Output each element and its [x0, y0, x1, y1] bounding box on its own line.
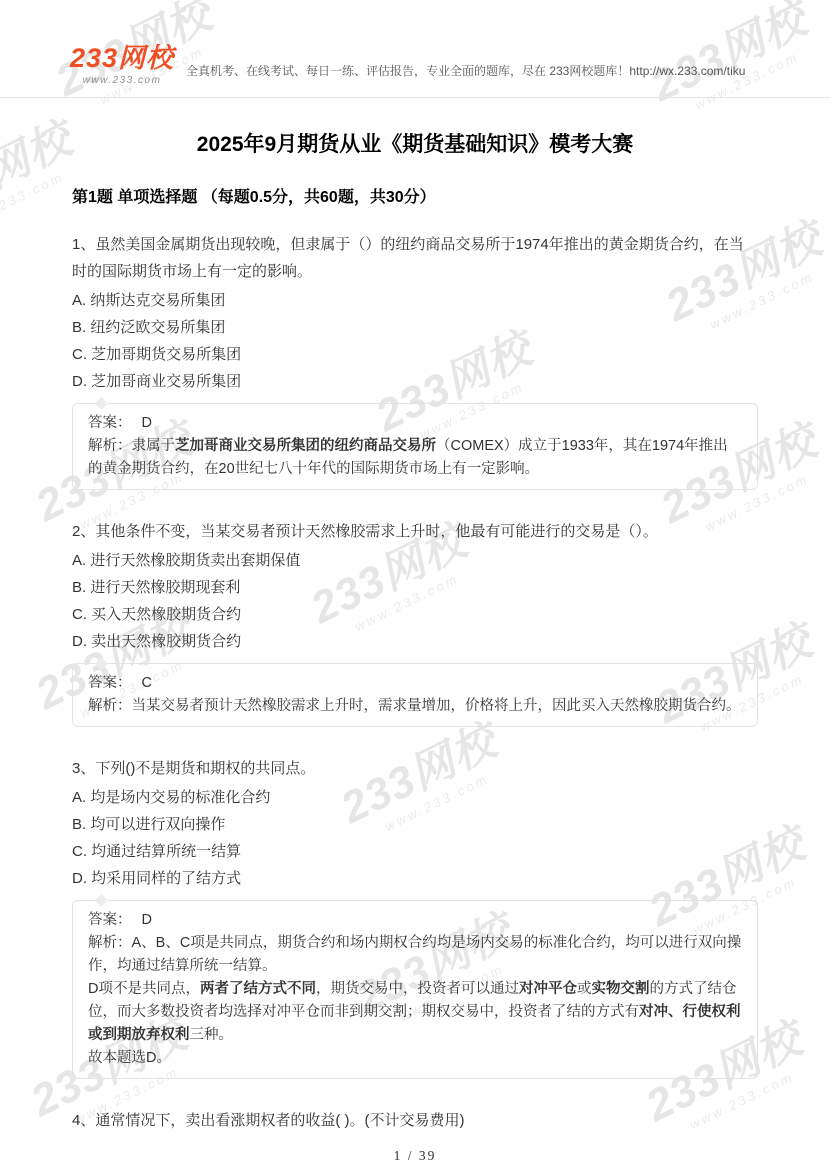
question-block: 2、其他条件不变，当某交易者预计天然橡胶需求上升时，他最有可能进行的交易是（）。… [72, 518, 758, 727]
header-tagline: 全真机考、在线考试、每日一练、评估报告，专业全面的题库，尽在 233网校题库！h… [186, 62, 745, 79]
analysis-paragraph: 解析：隶属于芝加哥商业交易所集团的纽约商品交易所（COMEX）成立于1933年，… [88, 435, 742, 481]
analysis-paragraph: D项不是共同点，两者了结方式不同，期货交易中，投资者可以通过对冲平仓或实物交割的… [88, 978, 742, 1047]
answer-line: 答案：D [88, 909, 742, 932]
question-stem: 4、通常情况下，卖出看涨期权者的收益( )。(不计交易费用) [72, 1107, 758, 1134]
answer-line: 答案：C [88, 672, 742, 695]
question-block: 1、虽然美国金属期货出现较晚，但隶属于（）的纽约商品交易所于1974年推出的黄金… [72, 231, 758, 490]
answer-box: 答案：D解析：A、B、C项是共同点，期货合约和场内期权合约均是场内交易的标准化合… [72, 900, 758, 1079]
question-block: 4、通常情况下，卖出看涨期权者的收益( )。(不计交易费用) [72, 1107, 758, 1134]
site-header: 233网校 www.233.com 全真机考、在线考试、每日一练、评估报告，专业… [0, 0, 830, 98]
question-option: C. 均通过结算所统一结算 [72, 838, 758, 865]
question-option: B. 均可以进行双向操作 [72, 811, 758, 838]
analysis-paragraph: 故本题选D。 [88, 1047, 742, 1070]
question-stem: 3、下列()不是期货和期权的共同点。 [72, 755, 758, 782]
page-number: 1 / 39 [394, 1148, 437, 1163]
answer-label: 答案： [88, 675, 132, 691]
question-stem: 2、其他条件不变，当某交易者预计天然橡胶需求上升时，他最有可能进行的交易是（）。 [72, 518, 758, 545]
question-option: D. 均采用同样的了结方式 [72, 865, 758, 892]
question-option: A. 均是场内交易的标准化合约 [72, 784, 758, 811]
question-block: 3、下列()不是期货和期权的共同点。A. 均是场内交易的标准化合约B. 均可以进… [72, 755, 758, 1079]
question-option: B. 进行天然橡胶期现套利 [72, 574, 758, 601]
logo-text: 233网校 [70, 44, 174, 74]
answer-box: 答案：D解析：隶属于芝加哥商业交易所集团的纽约商品交易所（COMEX）成立于19… [72, 403, 758, 490]
page-footer: 1 / 39 [0, 1147, 830, 1165]
question-option: B. 纽约泛欧交易所集团 [72, 314, 758, 341]
question-stem: 1、虽然美国金属期货出现较晚，但隶属于（）的纽约商品交易所于1974年推出的黄金… [72, 231, 758, 285]
answer-label: 答案： [88, 912, 132, 928]
logo-subtext: www.233.com [70, 75, 174, 86]
question-option: A. 纳斯达克交易所集团 [72, 287, 758, 314]
document-page: 233网校www.233.com233网校www.233.com233网校www… [0, 0, 830, 1175]
questions-list: 1、虽然美国金属期货出现较晚，但隶属于（）的纽约商品交易所于1974年推出的黄金… [72, 231, 758, 1134]
question-option: C. 芝加哥期货交易所集团 [72, 341, 758, 368]
answer-box-caret-icon [95, 397, 108, 410]
analysis-paragraph: 解析：当某交易者预计天然橡胶需求上升时，需求量增加，价格将上升，因此买入天然橡胶… [88, 695, 742, 718]
answer-box-caret-icon [95, 657, 108, 670]
233-logo: 233网校 www.233.com [70, 44, 174, 86]
section-header: 第1题 单项选择题 （每题0.5分，共60题，共30分） [72, 184, 758, 207]
answer-box: 答案：C解析：当某交易者预计天然橡胶需求上升时，需求量增加，价格将上升，因此买入… [72, 663, 758, 727]
document-body: 2025年9月期货从业《期货基础知识》模考大赛 第1题 单项选择题 （每题0.5… [0, 128, 830, 1134]
answer-line: 答案：D [88, 412, 742, 435]
answer-value: D [142, 415, 152, 431]
question-option: C. 买入天然橡胶期货合约 [72, 601, 758, 628]
analysis-paragraph: 解析：A、B、C项是共同点，期货合约和场内期权合约均是场内交易的标准化合约，均可… [88, 932, 742, 978]
answer-label: 答案： [88, 415, 132, 431]
page-title: 2025年9月期货从业《期货基础知识》模考大赛 [72, 128, 758, 158]
answer-box-caret-icon [95, 894, 108, 907]
answer-value: D [142, 912, 152, 928]
answer-value: C [142, 675, 152, 691]
header-divider [0, 97, 830, 98]
question-option: A. 进行天然橡胶期货卖出套期保值 [72, 547, 758, 574]
question-option: D. 卖出天然橡胶期货合约 [72, 628, 758, 655]
question-option: D. 芝加哥商业交易所集团 [72, 368, 758, 395]
